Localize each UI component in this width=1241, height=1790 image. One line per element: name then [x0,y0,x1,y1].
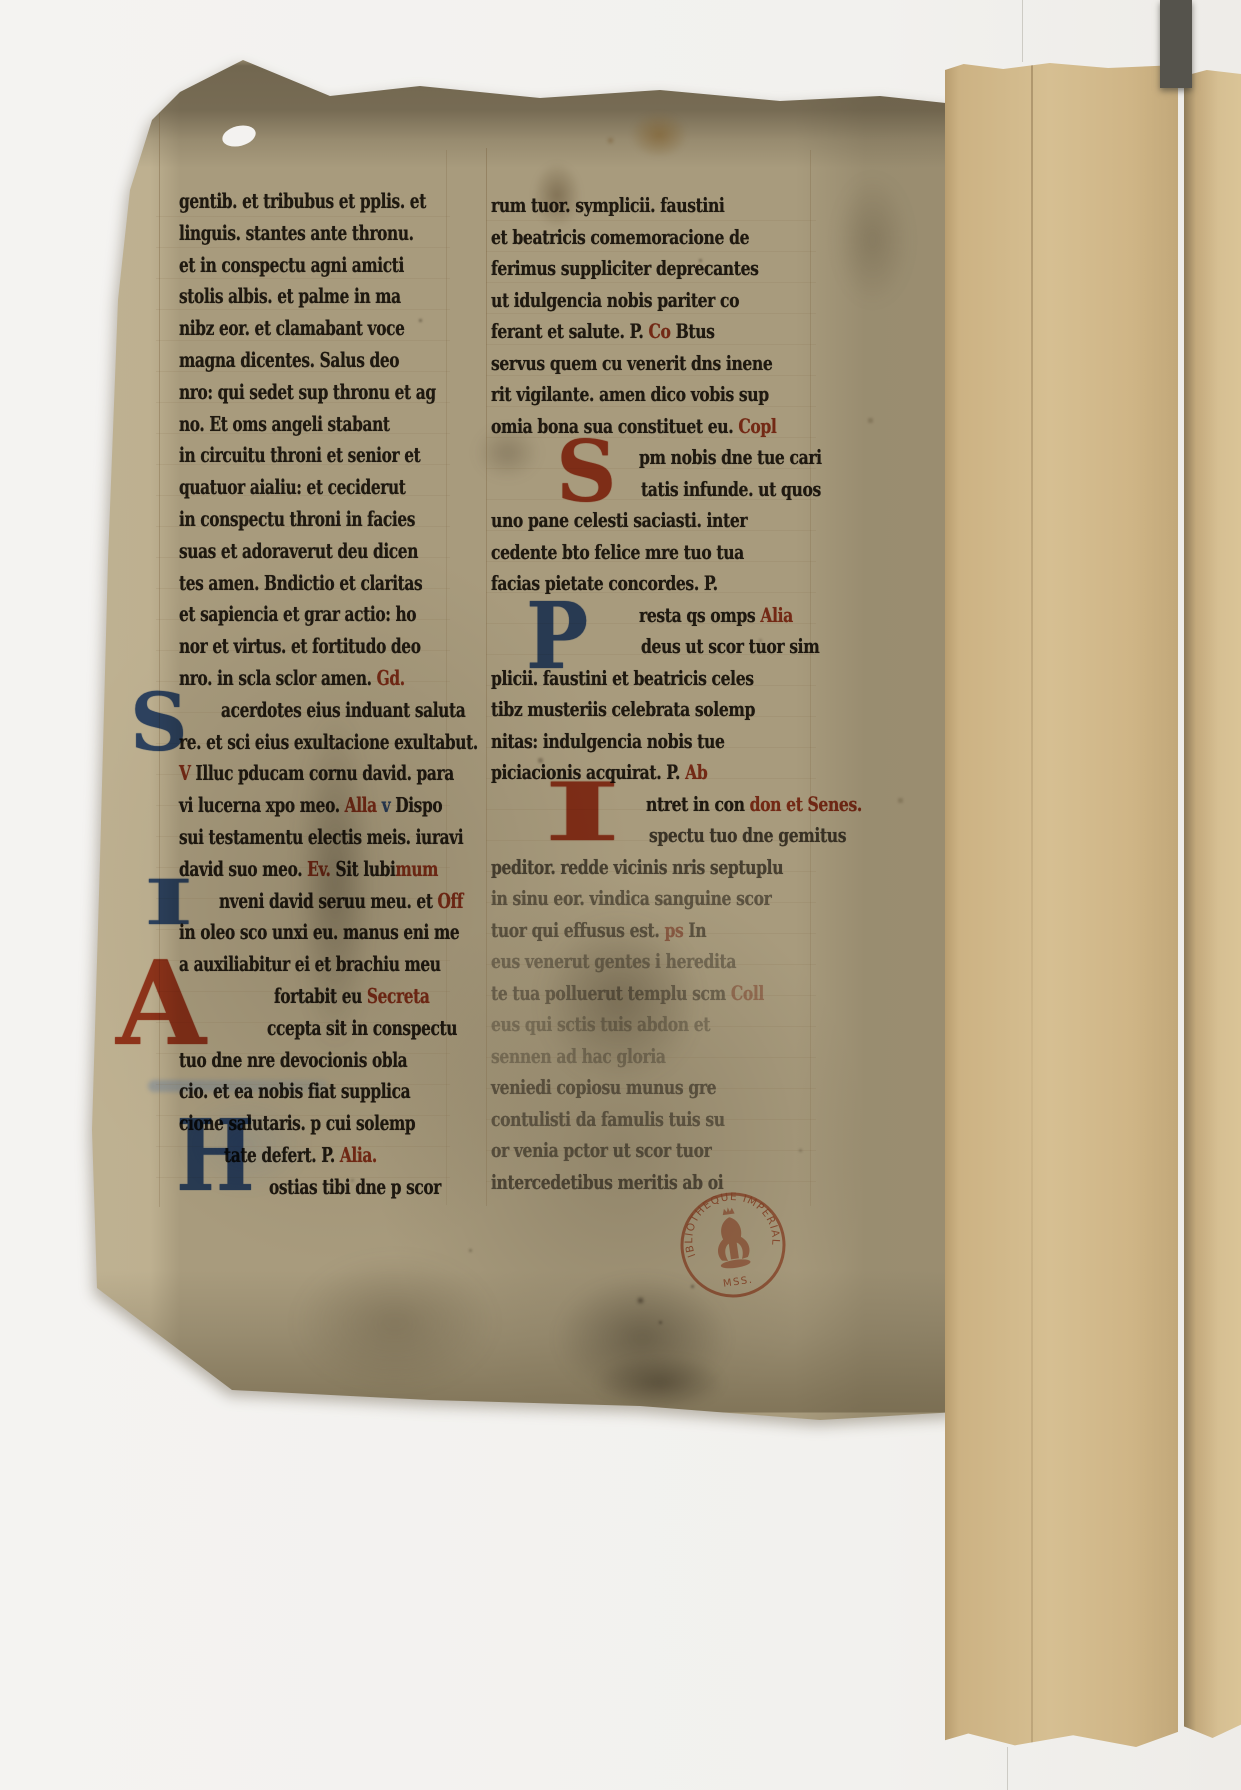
text-segment: Coll [731,981,764,1005]
text-segment: servus quem cu venerit dns inene [491,351,772,375]
text-segment: et sapiencia et grar actio: ho [179,602,416,626]
text-segment: et in conspectu agni amicti [179,253,404,277]
text-segment: stolis albis. et palme in ma [179,284,401,308]
text-segment: Co [648,319,675,343]
text-segment: no. Et oms angeli stabant [179,412,390,436]
text-line: ut idulgencia nobis pariter co [491,285,862,317]
text-segment: Sit lubi [335,857,395,881]
text-line: fortabit eu Secreta [179,981,478,1013]
text-segment: peditor. redde vicinis nris septuplu [491,855,783,879]
text-line: re. et sci eius exultacione exultabut. [179,727,478,759]
text-column-right: rum tuor. symplicii. faustiniet beatrici… [491,190,967,1198]
text-line: cedente bto felice mre tuo tua [491,537,862,569]
text-line: et in conspectu agni amicti [179,250,478,282]
text-line: nro. in scla sclor amen. Gd. [179,663,478,695]
text-line: contulisti da famulis tuis su [491,1104,862,1136]
text-segment: Alla [345,793,382,817]
text-segment: tuor qui effusus est. [491,918,664,942]
text-line: V Illuc pducam cornu david. para [179,758,478,790]
text-segment: ntret in con [646,792,750,816]
illuminated-initial-P: P [526,590,588,682]
stamp-graphic: BIBLIOTHEQUE IMPERIALE MSS. [672,1184,794,1306]
text-segment: nro. in scla sclor amen. [179,666,377,690]
paper-guard-strip [945,62,1178,1747]
text-line: eus qui sctis tuis abdon et [491,1009,862,1041]
text-line: in sinu eor. vindica sanguine scor [491,883,862,915]
text-segment: uno pane celesti saciasti. inter [491,508,747,532]
text-segment: Alia. [340,1143,377,1167]
ink-specks [0,0,1,1]
text-line: quatuor aialiu: et ceciderut [179,472,478,504]
text-line: or venia pctor ut scor tuor [491,1135,862,1167]
illuminated-initial-S: S [130,682,188,762]
text-line: acerdotes eius induant saluta [179,695,478,727]
text-segment: ps [664,918,688,942]
text-segment: Gd. [377,666,405,690]
text-segment: rum tuor. symplicii. faustini [491,193,724,217]
illuminated-initial-I: I [144,872,193,934]
text-segment: nor et virtus. et fortitudo deo [179,634,421,658]
text-line: ferimus suppliciter deprecantes [491,253,862,285]
text-line: nor et virtus. et fortitudo deo [179,631,478,663]
text-segment: cedente bto felice mre tuo tua [491,540,744,564]
photo-backdrop: gentib. et tribubus et pplis. etlinguis.… [0,0,1241,1790]
text-segment: te tua polluerut templu scm [491,981,731,1005]
text-segment: a auxiliabitur ei et brachiu meu [179,952,441,976]
text-line: vi lucerna xpo meo. Alla v Dispo [179,790,478,822]
text-segment: quatuor aialiu: et ceciderut [179,475,406,499]
text-segment: eus qui sctis tuis abdon et [491,1012,710,1036]
text-line: eus venerut gentes i heredita [491,946,862,978]
text-segment: nitas: indulgencia nobis tue [491,729,724,753]
text-line: nveni david seruu meu. et Off [179,886,478,918]
text-segment: in oleo sco unxi eu. manus eni me [179,920,459,944]
text-line: in circuitu throni et senior et [179,440,478,472]
text-segment: sennen ad hac gloria [491,1044,666,1068]
text-line: veniedi copiosu munus gre [491,1072,862,1104]
text-segment: deus ut scor tuor sim [641,634,819,658]
text-segment: re. et sci eius exultacione exultabut. [179,730,478,754]
text-segment: acerdotes eius induant saluta [221,698,465,722]
text-line: servus quem cu venerit dns inene [491,348,862,380]
text-line: omia bona sua constituet eu. Copl [491,411,862,443]
text-segment: mum [395,857,438,881]
illuminated-initial-A: A [116,946,206,1062]
text-line: uno pane celesti saciasti. inter [491,505,862,537]
text-line: rit vigilante. amen dico vobis sup [491,379,862,411]
text-line: et beatricis comemoracione de [491,222,862,254]
text-line: tuor qui effusus est. ps In [491,915,862,947]
text-line: intercedetibus meritis ab oi [491,1167,862,1199]
text-segment: linguis. stantes ante thronu. [179,221,414,245]
text-line: david suo meo. Ev. Sit lubimum [179,854,478,886]
text-line: nro: qui sedet sup thronu et ag [179,377,478,409]
text-line: nitas: indulgencia nobis tue [491,726,862,758]
text-segment: Ev. [307,857,335,881]
text-segment: ferimus suppliciter deprecantes [491,256,759,280]
stain [630,112,688,158]
text-line: tibz musteriis celebrata solemp [491,694,862,726]
text-line: linguis. stantes ante thronu. [179,218,478,250]
text-segment: v [382,793,396,817]
text-segment: magna dicentes. Salus deo [179,348,399,372]
text-line: te tua polluerut templu scm Coll [491,978,862,1010]
text-segment: facias pietate concordes. P. [491,571,718,595]
stain [295,1255,495,1390]
text-segment: Ab [685,760,707,784]
text-line: a auxiliabitur ei et brachiu meu [179,949,478,981]
text-segment: fortabit eu [274,984,367,1008]
text-segment: In [688,918,706,942]
stamp-bottom-text: MSS. [722,1275,754,1290]
illuminated-initial-I: I [543,772,622,852]
text-segment: nveni david seruu meu. et [219,889,438,913]
text-segment: ferant et salute. P. [491,319,648,343]
facing-page-edge [1184,70,1241,1738]
text-line: tes amen. Bndictio et claritas [179,568,478,600]
text-line: in oleo sco unxi eu. manus eni me [179,917,478,949]
text-segment: gentib. et tribubus et pplis. et [179,189,426,213]
stain [595,1355,725,1410]
text-segment: Btus [676,319,715,343]
text-segment: in circuitu throni et senior et [179,443,420,467]
text-line: sui testamentu electis meis. iuravi [179,822,478,854]
text-segment: pm nobis dne tue cari [639,445,822,469]
text-segment: nro: qui sedet sup thronu et ag [179,380,436,404]
text-segment: Dispo [395,793,442,817]
text-line: ccepta sit in conspectu [179,1013,478,1045]
text-segment: sui testamentu electis meis. iuravi [179,825,463,849]
text-line: magna dicentes. Salus deo [179,345,478,377]
text-segment: eus venerut gentes i heredita [491,949,736,973]
text-segment: or venia pctor ut scor tuor [491,1138,711,1162]
text-segment: tuo dne nre devocionis obla [179,1048,407,1072]
crowned-eagle-icon [712,1205,752,1270]
text-line: pm nobis dne tue cari [491,442,862,474]
binding-shadow [1160,0,1192,88]
paper-crease [1031,62,1033,1747]
text-line: gentib. et tribubus et pplis. et [179,186,478,218]
illuminated-initial-S: S [556,430,617,514]
text-segment: Alia [760,603,793,627]
text-segment: Secreta [367,984,430,1008]
text-segment: ostias tibi dne p scor [269,1175,441,1199]
text-line: suas et adoraverut deu dicen [179,536,478,568]
text-segment: rit vigilante. amen dico vobis sup [491,382,769,406]
text-segment: nibz eor. et clamabant voce [179,316,404,340]
text-segment: in conspectu throni in facies [179,507,415,531]
text-segment: tatis infunde. ut quos [641,477,821,501]
text-segment: in sinu eor. vindica sanguine scor [491,886,771,910]
text-segment: resta qs omps [639,603,760,627]
text-segment: ut idulgencia nobis pariter co [491,288,739,312]
text-line: sennen ad hac gloria [491,1041,862,1073]
text-line: tatis infunde. ut quos [491,474,862,506]
text-segment: Off [438,889,464,913]
text-line: no. Et oms angeli stabant [179,409,478,441]
text-segment: david suo meo. [179,857,307,881]
text-segment: suas et adoraverut deu dicen [179,539,418,563]
text-segment: don et Senes. [750,792,862,816]
text-line: et sapiencia et grar actio: ho [179,599,478,631]
text-segment: tibz musteriis celebrata solemp [491,697,755,721]
text-segment: intercedetibus meritis ab oi [491,1170,723,1194]
text-segment: spectu tuo dne gemitus [649,823,846,847]
text-segment: tes amen. Bndictio et claritas [179,571,422,595]
text-segment: et beatricis comemoracione de [491,225,749,249]
text-line: stolis albis. et palme in ma [179,281,478,313]
text-segment: veniedi copiosu munus gre [491,1075,716,1099]
text-segment: Illuc pducam cornu david. para [196,761,454,785]
text-line: in conspectu throni in facies [179,504,478,536]
illuminated-initial-H: H [176,1108,255,1206]
text-segment: vi lucerna xpo meo. [179,793,345,817]
text-line: rum tuor. symplicii. faustini [491,190,862,222]
library-stamp: BIBLIOTHEQUE IMPERIALE MSS. [672,1184,794,1306]
text-line: tuo dne nre devocionis obla [179,1045,478,1077]
text-segment: ccepta sit in conspectu [267,1016,457,1040]
text-segment: Copl [738,414,776,438]
text-segment: contulisti da famulis tuis su [491,1107,725,1131]
text-line: ferant et salute. P. Co Btus [491,316,862,348]
text-line: nibz eor. et clamabant voce [179,313,478,345]
